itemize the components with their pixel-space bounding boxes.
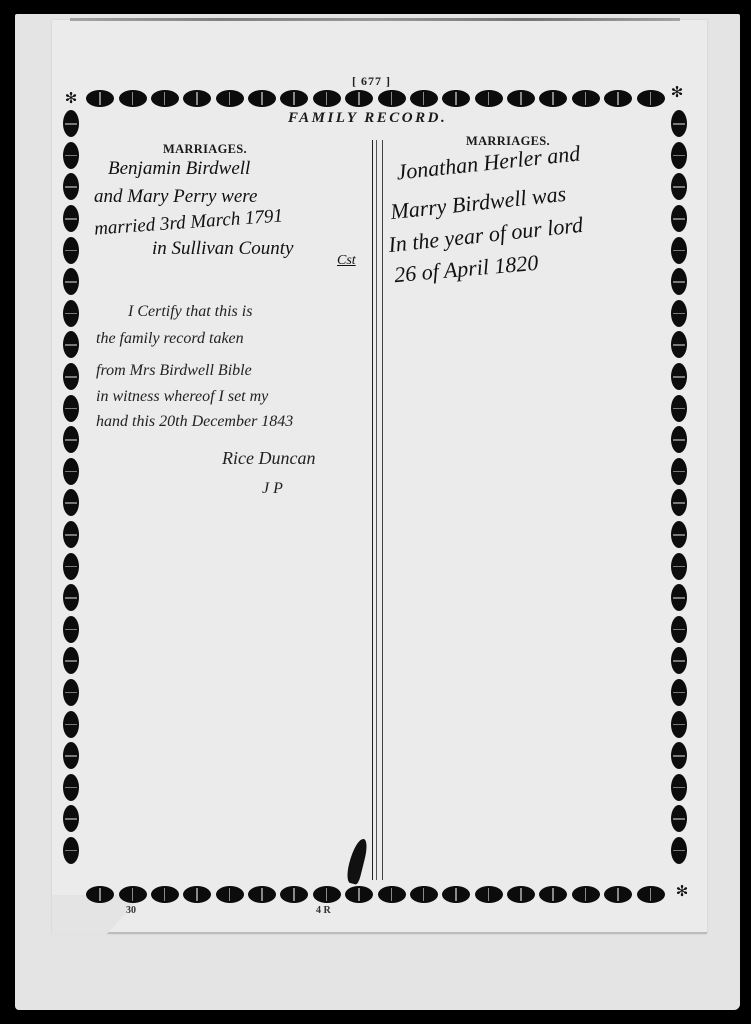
border-bead-icon [671, 742, 687, 769]
border-bead-icon [671, 205, 687, 232]
border-bead-icon [442, 886, 470, 903]
border-bead-icon [63, 521, 79, 548]
border-bead-icon [183, 886, 211, 903]
certification-line: I Certify that this is [128, 303, 252, 321]
border-bead-icon [63, 774, 79, 801]
border-bead-icon [671, 426, 687, 453]
border-bead-icon [63, 742, 79, 769]
border-bead-icon [671, 363, 687, 390]
border-bead-icon [86, 90, 114, 107]
border-bead-icon [63, 363, 79, 390]
left-entry-line: in Sullivan County [152, 238, 293, 260]
border-bead-icon [671, 711, 687, 738]
border-bead-icon [151, 886, 179, 903]
border-bead-icon [86, 886, 114, 903]
border-bead-icon [442, 90, 470, 107]
border-bead-icon [671, 679, 687, 706]
signature-title: J P [262, 480, 283, 498]
border-bead-icon [671, 521, 687, 548]
border-bead-icon [671, 268, 687, 295]
footer-mark-center: 4 R [316, 905, 331, 916]
border-bead-icon [345, 90, 373, 107]
border-bead-icon [63, 616, 79, 643]
border-bead-icon [248, 886, 276, 903]
border-bead-icon [671, 110, 687, 137]
certification-line: hand this 20th December 1843 [96, 413, 293, 431]
border-bead-icon [671, 616, 687, 643]
border-bead-icon [378, 886, 406, 903]
border-bead-icon [671, 173, 687, 200]
border-bead-icon [280, 90, 308, 107]
border-bead-icon [604, 886, 632, 903]
border-bead-icon [63, 805, 79, 832]
corner-ornament-icon: ✻ [64, 91, 78, 105]
border-bead-icon [248, 90, 276, 107]
border-bead-icon [63, 426, 79, 453]
border-bead-icon [671, 395, 687, 422]
border-bead-icon [63, 331, 79, 358]
border-bead-icon [475, 886, 503, 903]
border-bead-icon [671, 300, 687, 327]
border-bead-icon [63, 553, 79, 580]
border-bead-icon [313, 886, 341, 903]
border-bead-icon [671, 237, 687, 264]
border-bead-icon [63, 300, 79, 327]
border-bead-icon [63, 647, 79, 674]
left-entry-line: Benjamin Birdwell [108, 158, 250, 180]
left-entry-line: and Mary Perry were [94, 186, 257, 208]
border-bead-icon [63, 679, 79, 706]
page-number: [ 677 ] [352, 74, 391, 89]
border-bead-icon [378, 90, 406, 107]
border-bead-icon [539, 886, 567, 903]
border-bead-icon [475, 90, 503, 107]
certification-line: in witness whereof I set my [96, 388, 268, 406]
border-bead-icon [671, 647, 687, 674]
border-bead-icon [572, 90, 600, 107]
border-bead-icon [63, 237, 79, 264]
column-divider [372, 140, 383, 880]
left-entry-line: Cst [337, 253, 356, 269]
border-bead-icon [507, 886, 535, 903]
border-bead-icon [671, 458, 687, 485]
border-bead-icon [507, 90, 535, 107]
border-bead-icon [671, 331, 687, 358]
footer-mark-left: 30 [126, 905, 136, 916]
border-bead-icon [671, 489, 687, 516]
border-bead-icon [410, 886, 438, 903]
border-bead-icon [216, 90, 244, 107]
border-bead-icon [63, 711, 79, 738]
border-bead-icon [151, 90, 179, 107]
border-bead-icon [637, 886, 665, 903]
border-bead-icon [63, 489, 79, 516]
border-bead-icon [410, 90, 438, 107]
corner-ornament-icon: ✻ [670, 85, 684, 99]
border-bead-icon [313, 90, 341, 107]
border-bead-icon [119, 90, 147, 107]
border-bead-icon [671, 553, 687, 580]
border-left [62, 108, 80, 866]
border-bead-icon [63, 395, 79, 422]
border-bead-icon [671, 142, 687, 169]
border-bead-icon [63, 584, 79, 611]
border-bead-icon [671, 837, 687, 864]
border-bead-icon [63, 268, 79, 295]
border-bead-icon [280, 886, 308, 903]
corner-ornament-icon: ✻ [675, 884, 689, 898]
border-bead-icon [572, 886, 600, 903]
border-bead-icon [216, 886, 244, 903]
border-bead-icon [63, 110, 79, 137]
border-bead-icon [183, 90, 211, 107]
border-bead-icon [671, 584, 687, 611]
border-bead-icon [539, 90, 567, 107]
border-bead-icon [63, 458, 79, 485]
border-bead-icon [671, 805, 687, 832]
border-bead-icon [63, 173, 79, 200]
sheet-top-edge [70, 18, 680, 21]
left-column-heading: MARRIAGES. [163, 142, 247, 157]
border-bead-icon [63, 205, 79, 232]
border-right [670, 108, 688, 866]
border-bead-icon [604, 90, 632, 107]
certification-line: from Mrs Birdwell Bible [96, 362, 252, 380]
border-bead-icon [671, 774, 687, 801]
border-bottom [84, 884, 667, 904]
border-bead-icon [637, 90, 665, 107]
border-bead-icon [119, 886, 147, 903]
signature: Rice Duncan [222, 448, 315, 469]
border-bead-icon [63, 142, 79, 169]
certification-line: the family record taken [96, 330, 244, 348]
border-bead-icon [345, 886, 373, 903]
border-bead-icon [63, 837, 79, 864]
page-title: FAMILY RECORD. [288, 110, 447, 127]
border-top [84, 88, 667, 108]
